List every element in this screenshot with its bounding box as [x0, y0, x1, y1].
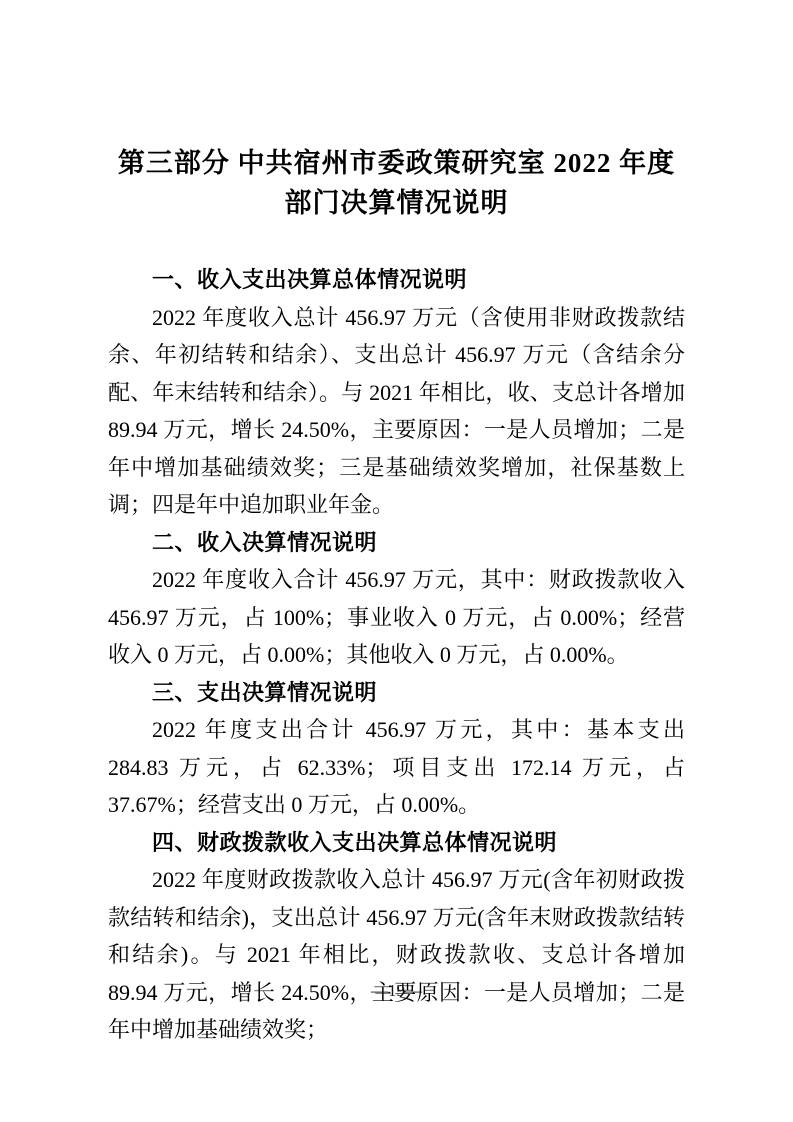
section-heading: 四、财政拨款收入支出决算总体情况说明 — [108, 824, 685, 862]
section-paragraph: 2022 年度支出合计 456.97 万元，其中：基本支出 284.83 万元，… — [108, 711, 685, 824]
section-heading: 二、收入决算情况说明 — [108, 524, 685, 562]
section-paragraph: 2022 年度财政拨款收入总计 456.97 万元(含年初财政拨款结转和结余)，… — [108, 861, 685, 1049]
page-number: —19— — [0, 981, 793, 1001]
section-fiscal-appropriation-overview: 四、财政拨款收入支出决算总体情况说明 2022 年度财政拨款收入总计 456.9… — [108, 824, 685, 1049]
document-title: 第三部分 中共宿州市委政策研究室 2022 年度 部门决算情况说明 — [108, 143, 685, 223]
section-heading: 一、收入支出决算总体情况说明 — [108, 261, 685, 299]
section-paragraph: 2022 年度收入合计 456.97 万元，其中：财政拨款收入 456.97 万… — [108, 561, 685, 674]
document-title-line2: 部门决算情况说明 — [108, 183, 685, 223]
document-page: 第三部分 中共宿州市委政策研究室 2022 年度 部门决算情况说明 一、收入支出… — [0, 0, 793, 1122]
document-body: 一、收入支出决算总体情况说明 2022 年度收入总计 456.97 万元（含使用… — [108, 261, 685, 1049]
section-paragraph: 2022 年度收入总计 456.97 万元（含使用非财政拨款结余、年初结转和结余… — [108, 299, 685, 524]
section-heading: 三、支出决算情况说明 — [108, 674, 685, 712]
document-title-line1: 第三部分 中共宿州市委政策研究室 2022 年度 — [108, 143, 685, 183]
section-income-statement: 二、收入决算情况说明 2022 年度收入合计 456.97 万元，其中：财政拨款… — [108, 524, 685, 674]
section-expenditure-statement: 三、支出决算情况说明 2022 年度支出合计 456.97 万元，其中：基本支出… — [108, 674, 685, 824]
section-income-expenditure-overview: 一、收入支出决算总体情况说明 2022 年度收入总计 456.97 万元（含使用… — [108, 261, 685, 524]
